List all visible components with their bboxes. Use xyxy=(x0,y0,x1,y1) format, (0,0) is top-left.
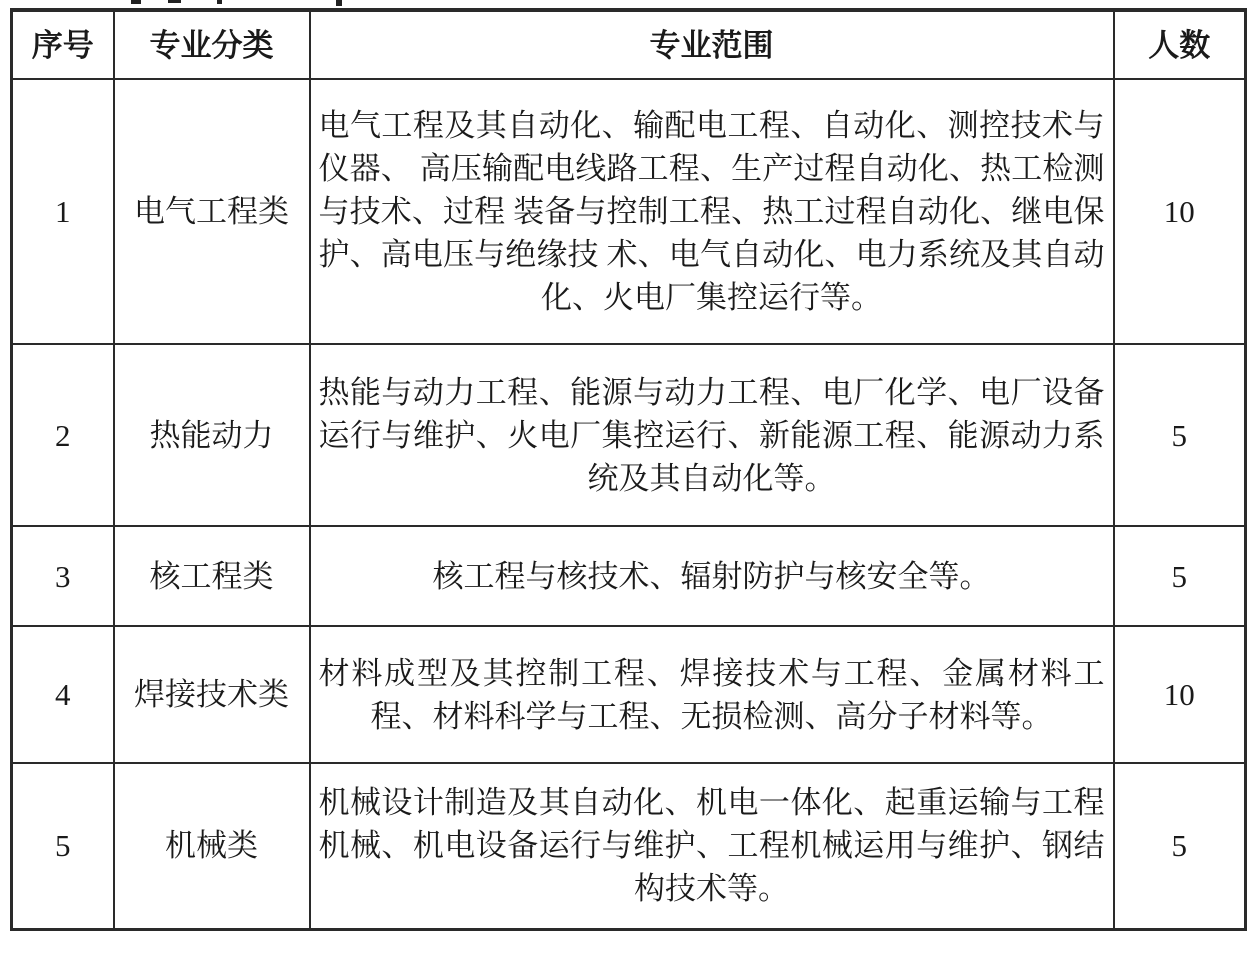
row-count-cell: 5 xyxy=(1114,763,1246,929)
row-scope-cell: 材料成型及其控制工程、焊接技术与工程、金属材料工程、材料科学与工程、无损检测、高… xyxy=(310,626,1114,763)
table-row: 4 焊接技术类 材料成型及其控制工程、焊接技术与工程、金属材料工程、材料科学与工… xyxy=(12,626,1246,763)
table-row: 5 机械类 机械设计制造及其自动化、机电一体化、起重运输与工程机械、机电设备运行… xyxy=(12,763,1246,929)
row-category-cell: 电气工程类 xyxy=(114,79,310,344)
document-page: 序号 专业分类 专业范围 人数 1 电气工程类 电气工程及其自动化、输配电工程、… xyxy=(0,0,1252,954)
header-cell-number: 序号 xyxy=(12,10,114,79)
row-number-cell: 4 xyxy=(12,626,114,763)
row-category-cell: 机械类 xyxy=(114,763,310,929)
row-number-cell: 3 xyxy=(12,526,114,626)
cropped-text-artifact xyxy=(168,0,181,3)
cropped-text-artifact xyxy=(217,0,222,4)
header-cell-scope: 专业范围 xyxy=(310,10,1114,79)
row-scope-cell: 热能与动力工程、能源与动力工程、电厂化学、电厂设备运行与维护、火电厂集控运行、新… xyxy=(310,344,1114,526)
row-scope-cell: 核工程与核技术、辐射防护与核安全等。 xyxy=(310,526,1114,626)
row-count-cell: 10 xyxy=(1114,79,1246,344)
row-scope-cell: 机械设计制造及其自动化、机电一体化、起重运输与工程机械、机电设备运行与维护、工程… xyxy=(310,763,1114,929)
row-category-cell: 核工程类 xyxy=(114,526,310,626)
row-category-cell: 焊接技术类 xyxy=(114,626,310,763)
row-count-cell: 5 xyxy=(1114,344,1246,526)
row-scope-cell: 电气工程及其自动化、输配电工程、自动化、测控技术与仪器、 高压输配电线路工程、生… xyxy=(310,79,1114,344)
cropped-text-artifact xyxy=(131,0,141,4)
row-number-cell: 2 xyxy=(12,344,114,526)
row-number-cell: 5 xyxy=(12,763,114,929)
header-cell-category: 专业分类 xyxy=(114,10,310,79)
cropped-text-artifact xyxy=(336,0,342,6)
table-row: 2 热能动力 热能与动力工程、能源与动力工程、电厂化学、电厂设备运行与维护、火电… xyxy=(12,344,1246,526)
majors-table: 序号 专业分类 专业范围 人数 1 电气工程类 电气工程及其自动化、输配电工程、… xyxy=(10,8,1247,931)
row-number-cell: 1 xyxy=(12,79,114,344)
header-cell-count: 人数 xyxy=(1114,10,1246,79)
table-header-row: 序号 专业分类 专业范围 人数 xyxy=(12,10,1246,79)
row-category-cell: 热能动力 xyxy=(114,344,310,526)
table-row: 3 核工程类 核工程与核技术、辐射防护与核安全等。 5 xyxy=(12,526,1246,626)
row-count-cell: 5 xyxy=(1114,526,1246,626)
table-row: 1 电气工程类 电气工程及其自动化、输配电工程、自动化、测控技术与仪器、 高压输… xyxy=(12,79,1246,344)
row-count-cell: 10 xyxy=(1114,626,1246,763)
